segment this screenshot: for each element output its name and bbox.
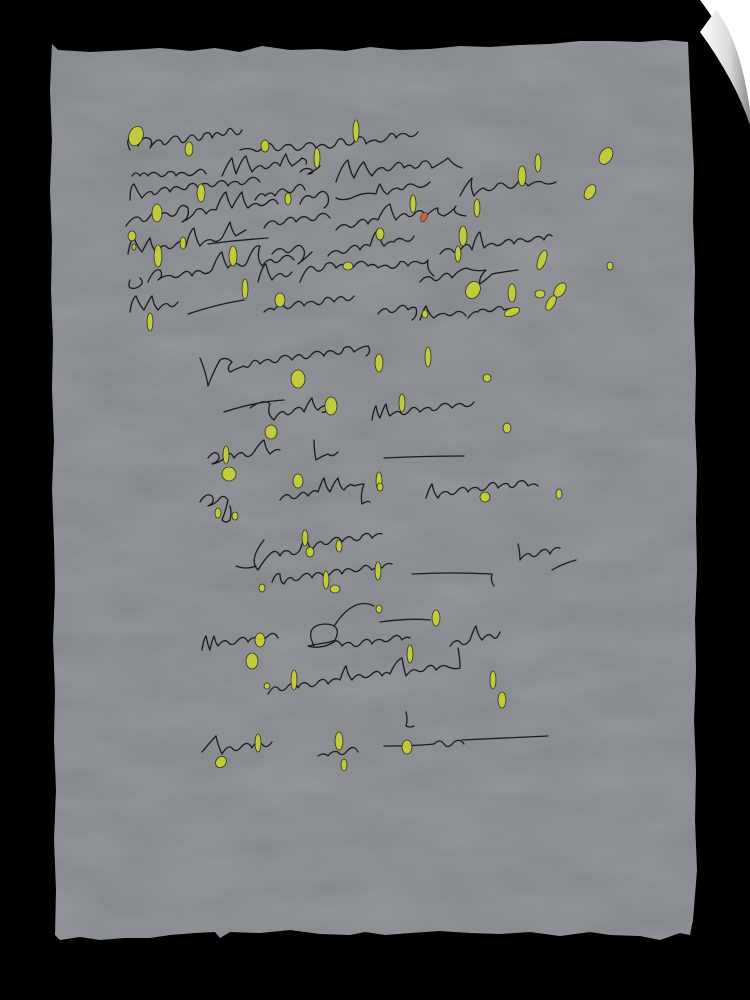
artwork-canvas: Asemic script on grey paper <box>0 0 750 1000</box>
artwork-svg <box>0 0 750 1000</box>
page-curl <box>700 0 750 125</box>
